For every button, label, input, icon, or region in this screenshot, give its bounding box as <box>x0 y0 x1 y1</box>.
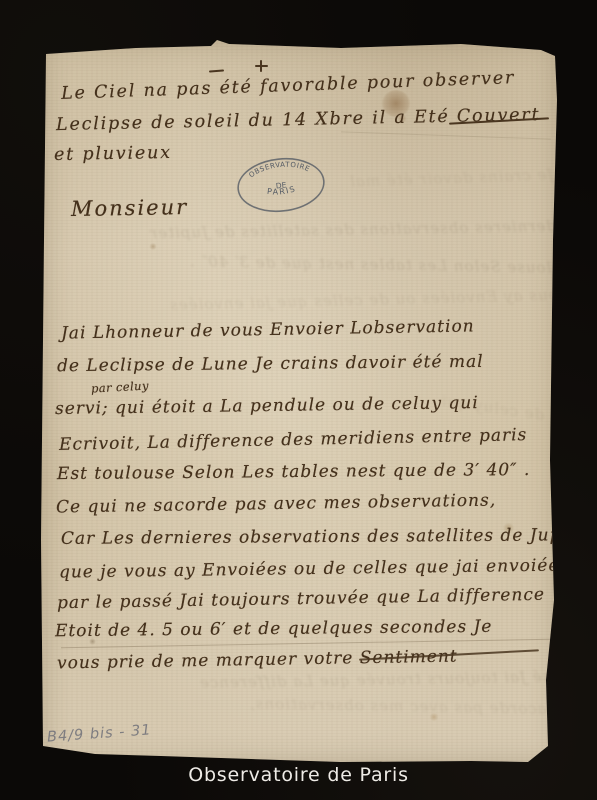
body-line: Ce qui ne sacorde pas avec mes observati… <box>56 491 496 518</box>
body-line: servi; qui étoit a La pendule ou de celu… <box>55 393 479 419</box>
pen-mark-cross <box>260 60 262 72</box>
bleedthrough-line: que je vous ay Envoiées ou de celles que… <box>169 284 597 314</box>
body-line: Ecrivoit, La difference des meridiens en… <box>59 425 528 455</box>
observatory-stamp: OBSERVATOIRE DE PARIS <box>233 151 329 218</box>
body-line: Jai Lhonneur de vous Envoier Lobservatio… <box>61 316 475 343</box>
photo-background: de Leclipse de Lune Je crains davoir été… <box>0 0 597 800</box>
header-line: Le Ciel na pas été favorable pour observ… <box>61 68 516 104</box>
body-line: Car Les dernieres observations des satel… <box>61 525 596 549</box>
body-line: que je vous ay Envoiées ou de celles que… <box>59 555 569 582</box>
body-line: Est toulouse Selon Les tables nest que d… <box>57 460 531 484</box>
body-line: de Leclipse de Lune Je crains davoir été… <box>57 352 484 376</box>
pen-mark-cross <box>255 65 268 67</box>
header-line: et pluvieux <box>54 143 172 165</box>
paper-crease <box>341 131 551 139</box>
bleedthrough-line: Est toulouse Selon Les tables nest que d… <box>189 252 597 277</box>
pen-mark-dash <box>209 69 224 72</box>
body-line: Etoit de 4. 5 ou 6′ et de quelques secon… <box>55 617 493 642</box>
bleedthrough-line: de Leclipse de Lune Je crains davoir été… <box>349 159 597 190</box>
header-line: Leclipse de soleil du 14 Xbre il a Eté C… <box>56 105 541 135</box>
body-line: par le passé Jai toujours trouvée que La… <box>57 585 545 614</box>
bleedthrough-line: par le passé Jai toujours trouvée que La… <box>199 666 597 692</box>
ink-stain <box>149 243 157 250</box>
body-line: vous prie de me marquer votre Sentiment <box>57 647 458 674</box>
archive-code: B4/9 bis - 31 <box>47 722 152 745</box>
bleedthrough-line: Car Les dernieres observations des satel… <box>149 216 597 242</box>
bleedthrough-line: Ce qui ne sacorde pas avec mes observati… <box>249 695 597 720</box>
caption: Observatoire de Paris <box>0 764 597 786</box>
ink-stain <box>429 713 439 721</box>
salutation-line: Monsieur <box>71 195 189 221</box>
manuscript-paper: de Leclipse de Lune Je crains davoir été… <box>41 40 558 764</box>
interlinear-insertion: par celuy <box>91 378 149 395</box>
